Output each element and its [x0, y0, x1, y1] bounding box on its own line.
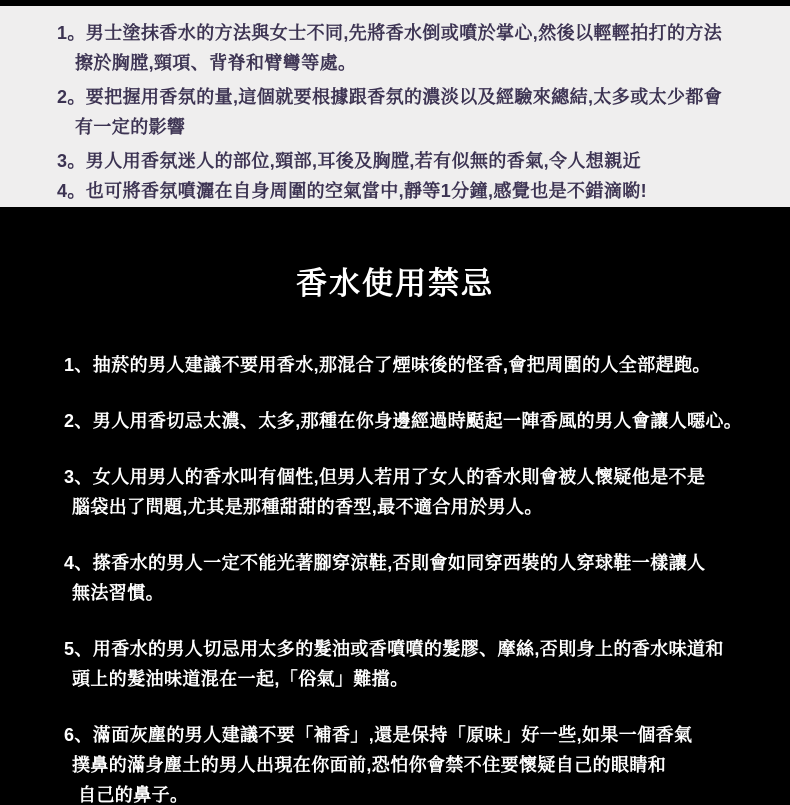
page: { "colors": { "top_background": "#efeeee… — [0, 0, 790, 805]
perfume-taboos-section: 香水使用禁忌 1、抽菸的男人建議不要用香水,那混合了煙味後的怪香,會把周圍的人全… — [0, 207, 790, 805]
taboo-line: 2、男人用香切忌太濃、太多,那種在你身邊經過時颳起一陣香風的男人會讓人噁心。 — [64, 406, 760, 436]
tip-item: 4。也可將香氛噴灑在自身周圍的空氣當中,靜等1分鐘,感覺也是不錯滴喲! — [57, 176, 760, 206]
tip-line: 2。要把握用香氛的量,這個就要根據跟香氛的濃淡以及經驗來總結,太多或太少都會 — [57, 82, 760, 112]
tip-line: 4。也可將香氛噴灑在自身周圍的空氣當中,靜等1分鐘,感覺也是不錯滴喲! — [57, 176, 760, 206]
taboo-line: 6、滿面灰塵的男人建議不要「補香」,還是保持「原味」好一些,如果一個香氣 — [64, 720, 760, 750]
taboo-item: 3、女人用男人的香水叫有個性,但男人若用了女人的香水則會被人懷疑他是不是 腦袋出… — [0, 462, 790, 522]
taboo-item: 4、搽香水的男人一定不能光著腳穿涼鞋,否則會如同穿西裝的人穿球鞋一樣讓人 無法習… — [0, 548, 790, 608]
taboo-item: 5、用香水的男人切忌用太多的髮油或香噴噴的髮膠、摩絲,否則身上的香水味道和 頭上… — [0, 634, 790, 694]
taboo-line: 4、搽香水的男人一定不能光著腳穿涼鞋,否則會如同穿西裝的人穿球鞋一樣讓人 — [64, 548, 760, 578]
taboo-item: 6、滿面灰塵的男人建議不要「補香」,還是保持「原味」好一些,如果一個香氣 撲鼻的… — [0, 720, 790, 805]
taboo-line: 1、抽菸的男人建議不要用香水,那混合了煙味後的怪香,會把周圍的人全部趕跑。 — [64, 350, 760, 380]
taboo-line: 無法習慣。 — [64, 578, 760, 608]
tip-line: 有一定的影響 — [57, 112, 760, 142]
taboo-line: 撲鼻的滿身塵土的男人出現在你面前,恐怕你會禁不住要懷疑自己的眼睛和 — [64, 750, 760, 780]
section-title: 香水使用禁忌 — [0, 264, 790, 304]
tip-item: 2。要把握用香氛的量,這個就要根據跟香氛的濃淡以及經驗來總結,太多或太少都會 有… — [57, 82, 760, 142]
taboo-item: 1、抽菸的男人建議不要用香水,那混合了煙味後的怪香,會把周圍的人全部趕跑。 — [0, 350, 790, 380]
taboo-line: 自己的鼻子。 — [64, 780, 760, 805]
taboo-line: 頭上的髮油味道混在一起,「俗氣」難擋。 — [64, 664, 760, 694]
tip-item: 3。男人用香氛迷人的部位,頸部,耳後及胸膛,若有似無的香氣,令人想親近 — [57, 146, 760, 176]
tip-line: 擦於胸膛,頸項、背脊和臂彎等處。 — [57, 48, 760, 78]
mens-perfume-tips-section: 1。男士塗抹香水的方法與女士不同,先將香水倒或噴於掌心,然後以輕輕拍打的方法 擦… — [0, 6, 790, 207]
taboo-line: 腦袋出了問題,尤其是那種甜甜的香型,最不適合用於男人。 — [64, 492, 760, 522]
tip-line: 3。男人用香氛迷人的部位,頸部,耳後及胸膛,若有似無的香氣,令人想親近 — [57, 146, 760, 176]
taboo-line: 5、用香水的男人切忌用太多的髮油或香噴噴的髮膠、摩絲,否則身上的香水味道和 — [64, 634, 760, 664]
taboo-item: 2、男人用香切忌太濃、太多,那種在你身邊經過時颳起一陣香風的男人會讓人噁心。 — [0, 406, 790, 436]
tip-item: 1。男士塗抹香水的方法與女士不同,先將香水倒或噴於掌心,然後以輕輕拍打的方法 擦… — [57, 18, 760, 78]
taboo-line: 3、女人用男人的香水叫有個性,但男人若用了女人的香水則會被人懷疑他是不是 — [64, 462, 760, 492]
tip-line: 1。男士塗抹香水的方法與女士不同,先將香水倒或噴於掌心,然後以輕輕拍打的方法 — [57, 18, 760, 48]
